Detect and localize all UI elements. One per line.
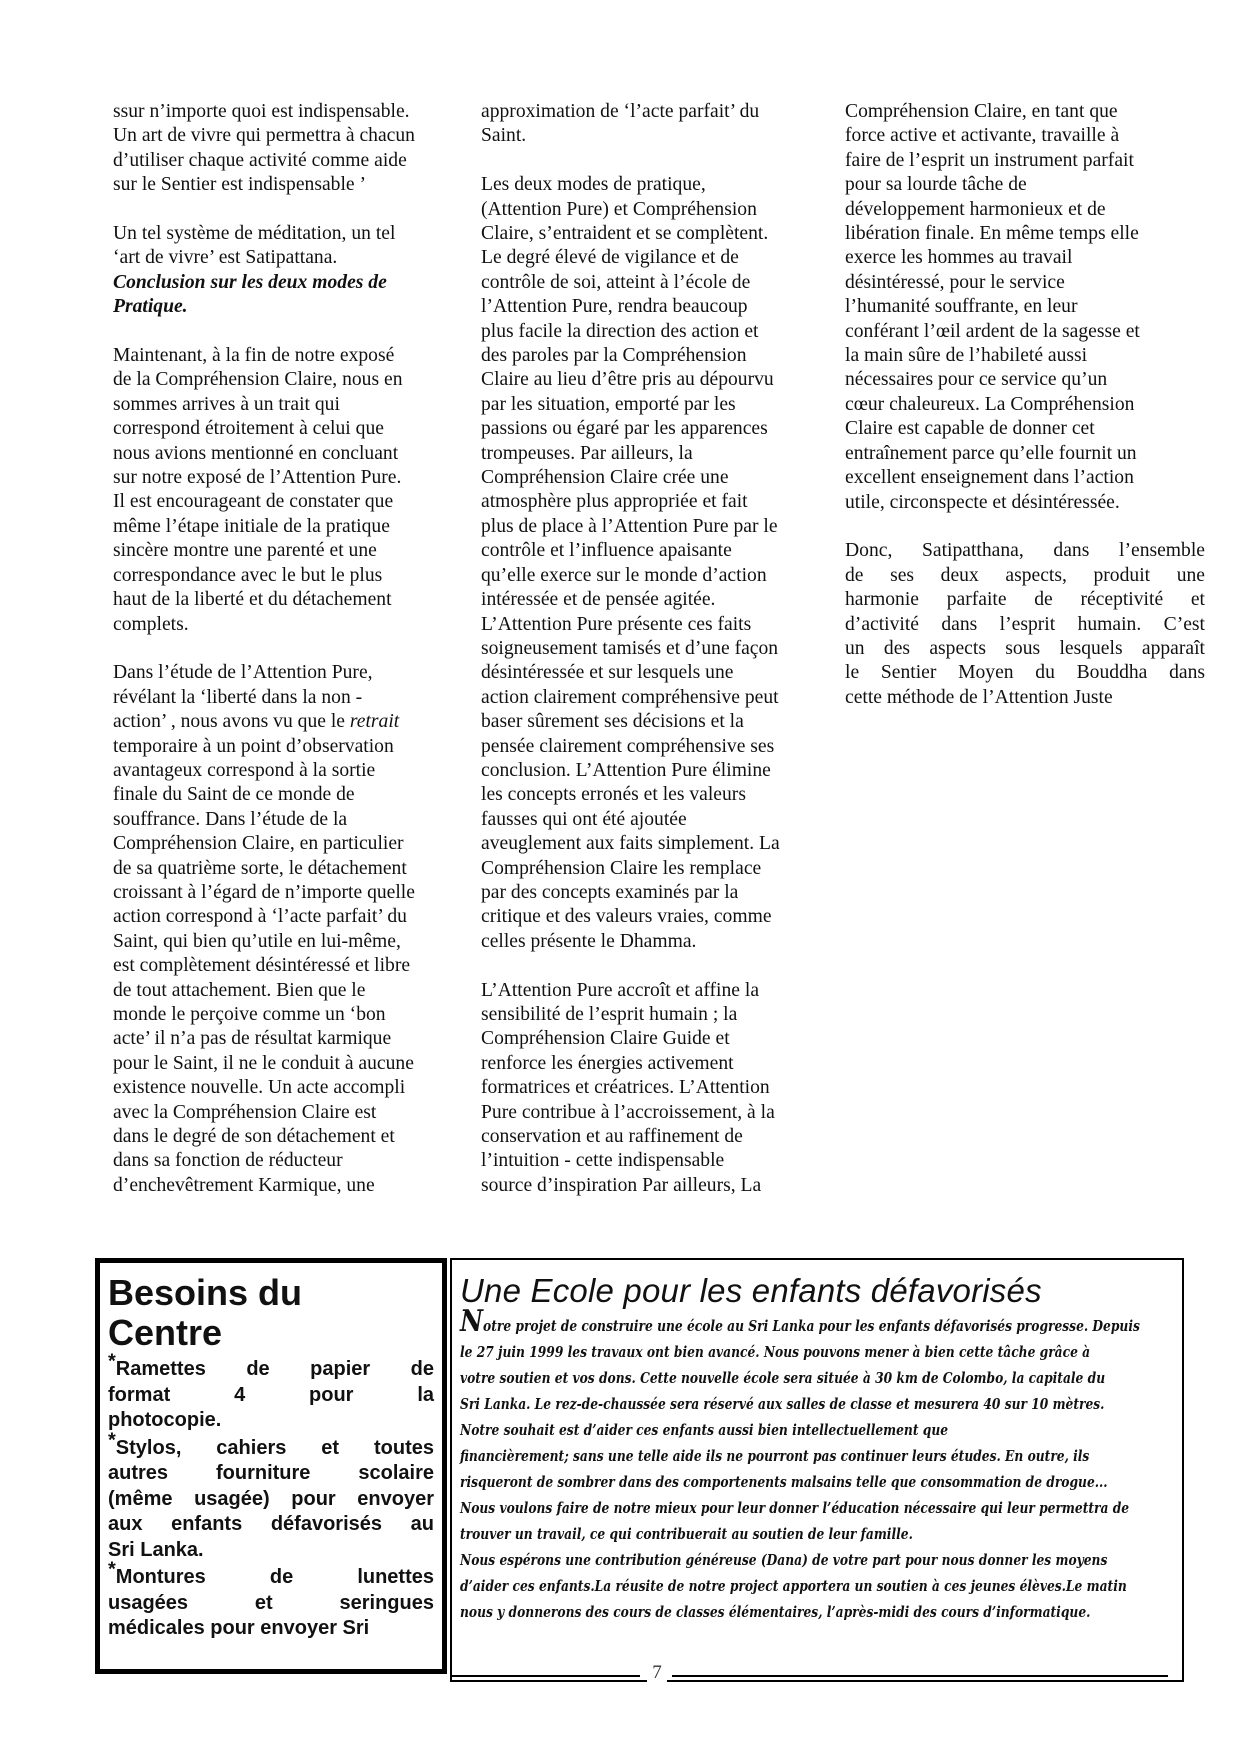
text-line: nous avions mentionné en concluant: [113, 442, 473, 466]
text-line: cette méthode de l’Attention Juste: [845, 686, 1205, 710]
text-line: source d’inspiration Par ailleurs, La: [481, 1174, 836, 1198]
text-line: sensibilité de l’esprit humain ; la: [481, 1003, 836, 1027]
text-column-3: Compréhension Claire, en tant queforce a…: [845, 100, 1205, 710]
text-line: d’activité dans l’esprit humain. C’est: [845, 613, 1205, 637]
text-line: le Sentier Moyen du Bouddha dans: [845, 661, 1205, 685]
paragraph: approximation de ‘l’acte parfait’ duSain…: [481, 100, 836, 149]
text-line: Nous espérons une contribution généreuse…: [460, 1548, 1157, 1574]
text-line: des paroles par la Compréhension: [481, 344, 836, 368]
footer-rule: [450, 1675, 1168, 1677]
text-line: un des aspects sous lesquels apparaît: [845, 637, 1205, 661]
text-line: Sri Lanka. Le rez-de-chaussée sera réser…: [460, 1392, 1157, 1418]
text-line: Donc, Satipatthana, dans l’ensemble: [845, 539, 1205, 563]
paragraph: L’Attention Pure accroît et affine lasen…: [481, 979, 836, 1199]
text-line: soigneusement tamisés et d’une façon: [481, 637, 836, 661]
text-line: conservation et au raffinement de: [481, 1125, 836, 1149]
text-line: renforce les énergies activement: [481, 1052, 836, 1076]
text-line: l’humanité souffrante, en leur: [845, 295, 1205, 319]
drop-cap: N: [460, 1304, 483, 1339]
paragraph: Les deux modes de pratique,(Attention Pu…: [481, 173, 836, 954]
text-line: qu’elle exerce sur le monde d’action: [481, 564, 836, 588]
text-line: plus facile la direction des action et: [481, 320, 836, 344]
text-line: baser sûrement ses décisions et la: [481, 710, 836, 734]
text-line: Pure contribue à l’accroissement, à la: [481, 1101, 836, 1125]
text-line: action correspond à ‘l’acte parfait’ du: [113, 905, 473, 929]
text-line: Claire, s’entraident et se complètent.: [481, 222, 836, 246]
text-line: temporaire à un point d’observation: [113, 735, 473, 759]
text-line: d’utiliser chaque activité comme aide: [113, 149, 473, 173]
text-line: dans le degré de son détachement et: [113, 1125, 473, 1149]
text-line: de tout attachement. Bien que le: [113, 979, 473, 1003]
paragraph: Maintenant, à la fin de notre exposéde l…: [113, 344, 473, 637]
text-line: Claire au lieu d’être pris au dépourvu: [481, 368, 836, 392]
text-line: Compréhension Claire Guide et: [481, 1027, 836, 1051]
text-line: désintéressé, pour le service: [845, 271, 1205, 295]
text-line: complets.: [113, 613, 473, 637]
text-line: libération finale. En même temps elle: [845, 222, 1205, 246]
text-line: passions ou égaré par les apparences: [481, 417, 836, 441]
text-column-2: approximation de ‘l’acte parfait’ duSain…: [481, 100, 836, 1198]
italic-word: retrait: [350, 711, 399, 732]
text-line: Un tel système de méditation, un tel: [113, 222, 473, 246]
text-line: monde le perçoive comme un ‘bon: [113, 1003, 473, 1027]
text-line: les concepts erronés et les valeurs: [481, 783, 836, 807]
text-line: nécessaires pour ce service qu’un: [845, 368, 1205, 392]
school-box-body: Notre projet de construire une école au …: [460, 1314, 1157, 1626]
asterisk-bullet-icon: *: [108, 1350, 116, 1372]
text-line: L’Attention Pure accroît et affine la: [481, 979, 836, 1003]
text-line: de la Compréhension Claire, nous en: [113, 368, 473, 392]
text-line: développement harmonieux et de: [845, 198, 1205, 222]
text-line: avec la Compréhension Claire est: [113, 1101, 473, 1125]
text-line: acte’ il n’a pas de résultat karmique: [113, 1027, 473, 1051]
text-line: excellent enseignement dans l’action: [845, 466, 1205, 490]
text-line: est complètement désintéressé et libre: [113, 954, 473, 978]
asterisk-bullet-icon: *: [108, 1558, 116, 1580]
paragraph: Compréhension Claire, en tant queforce a…: [845, 100, 1205, 515]
text-line: risqueront de sombrer dans des comporten…: [460, 1470, 1157, 1496]
text-line: Nous voulons faire de notre mieux pour l…: [460, 1496, 1157, 1522]
paragraph: Donc, Satipatthana, dans l’ensemblede se…: [845, 539, 1205, 710]
text-line: formatrices et créatrices. L’Attention: [481, 1076, 836, 1100]
text-line: faire de l’esprit un instrument parfait: [845, 149, 1205, 173]
text-line: celles présente le Dhamma.: [481, 930, 836, 954]
text-line: aveuglement aux faits simplement. La: [481, 832, 836, 856]
needs-box: Besoins du Centre *Ramettes de papier de…: [95, 1258, 447, 1674]
asterisk-bullet-icon: *: [108, 1429, 116, 1451]
text-line: correspond étroitement à celui que: [113, 417, 473, 441]
text-line: trompeuses. Par ailleurs, la: [481, 442, 836, 466]
text-line: avantageux correspond à la sortie: [113, 759, 473, 783]
paragraph: ssur n’importe quoi est indispensable.Un…: [113, 100, 473, 198]
text-line: atmosphère plus appropriée et fait: [481, 490, 836, 514]
text-line: sommes arrives à un trait qui: [113, 393, 473, 417]
text-line: sur notre exposé de l’Attention Pure.: [113, 466, 473, 490]
text-line: approximation de ‘l’acte parfait’ du: [481, 100, 836, 124]
school-announcement-box: Une Ecole pour les enfants défavorisés N…: [450, 1258, 1184, 1682]
page-number: 7: [647, 1662, 667, 1684]
text-line: pensée clairement compréhensive ses: [481, 735, 836, 759]
text-line: Compréhension Claire, en particulier: [113, 832, 473, 856]
text-line: Les deux modes de pratique,: [481, 173, 836, 197]
text-line: Saint, qui bien qu’utile en lui-même,: [113, 930, 473, 954]
needs-item: *Stylos, cahiers et toutesautres fournit…: [108, 1436, 434, 1564]
paragraph: Un tel système de méditation, un tel‘art…: [113, 222, 473, 271]
text-line: correspondance avec le but le plus: [113, 564, 473, 588]
text-line: Compréhension Claire, en tant que: [845, 100, 1205, 124]
needs-list: *Ramettes de papier deformat 4 pour laph…: [108, 1357, 434, 1642]
text-line: par les situation, emporté par les: [481, 393, 836, 417]
text-line: votre soutien et vos dons. Cette nouvell…: [460, 1366, 1157, 1392]
text-line: le 27 juin 1999 les travaux ont bien ava…: [460, 1340, 1157, 1366]
paragraph: Dans l’étude de l’Attention Pure,révélan…: [113, 661, 473, 1198]
text-line: dans sa fonction de réducteur: [113, 1149, 473, 1173]
text-line: Maintenant, à la fin de notre exposé: [113, 344, 473, 368]
school-box-title: Une Ecole pour les enfants défavorisés: [460, 1270, 1174, 1312]
text-line: action clairement compréhensive peut: [481, 686, 836, 710]
text-line: Compréhension Claire les remplace: [481, 857, 836, 881]
section-heading: Conclusion sur les deux modes dePratique…: [113, 271, 473, 320]
text-column-1: ssur n’importe quoi est indispensable.Un…: [113, 100, 473, 1198]
text-line: Compréhension Claire crée une: [481, 466, 836, 490]
text-line: de ses deux aspects, produit une: [845, 564, 1205, 588]
text-line: révélant la ‘liberté dans la non -: [113, 686, 473, 710]
text-line: ‘art de vivre’ est Satipattana.: [113, 246, 473, 270]
text-line: haut de la liberté et du détachement: [113, 588, 473, 612]
text-line: souffrance. Dans l’étude de la: [113, 808, 473, 832]
text-line: l’intuition - cette indispensable: [481, 1149, 836, 1173]
needs-item: *Ramettes de papier deformat 4 pour laph…: [108, 1357, 434, 1434]
text-line: exerce les hommes au travail: [845, 246, 1205, 270]
text-line: finale du Saint de ce monde de: [113, 783, 473, 807]
text-line: Notre projet de construire une école au …: [460, 1314, 1157, 1340]
text-line: Conclusion sur les deux modes de: [113, 271, 473, 295]
needs-box-title: Besoins du Centre: [108, 1273, 434, 1353]
text-line: utile, circonspecte et désintéressée.: [845, 491, 1205, 515]
needs-item: *Montures de lunettesusagées et seringue…: [108, 1565, 434, 1642]
text-line: intéressée et de pensée agitée.: [481, 588, 836, 612]
text-line: la main sûre de l’habileté aussi: [845, 344, 1205, 368]
text-line: même l’étape initiale de la pratique: [113, 515, 473, 539]
text-line: contrôle et l’influence apaisante: [481, 539, 836, 563]
text-line: l’Attention Pure, rendra beaucoup: [481, 295, 836, 319]
text-line: Pratique.: [113, 295, 473, 319]
text-line: harmonie parfaite de réceptivité et: [845, 588, 1205, 612]
text-line: plus de place à l’Attention Pure par le: [481, 515, 836, 539]
text-line: de sa quatrième sorte, le détachement: [113, 857, 473, 881]
text-line: L’Attention Pure présente ces faits: [481, 613, 836, 637]
text-line: Dans l’étude de l’Attention Pure,: [113, 661, 473, 685]
text-line: Le degré élevé de vigilance et de: [481, 246, 836, 270]
text-line: désintéressée et sur lesquels une: [481, 661, 836, 685]
text-line: existence nouvelle. Un acte accompli: [113, 1076, 473, 1100]
text-line: d’enchevêtrement Karmique, une: [113, 1174, 473, 1198]
text-line: entraînement parce qu’elle fournit un: [845, 442, 1205, 466]
text-line: fausses qui ont été ajoutée: [481, 808, 836, 832]
text-line: force active et activante, travaille à: [845, 124, 1205, 148]
text-line: pour le Saint, il ne le conduit à aucune: [113, 1052, 473, 1076]
text-line: cœur chaleureux. La Compréhension: [845, 393, 1205, 417]
text-line: Un art de vivre qui permettra à chacun: [113, 124, 473, 148]
text-line: par des concepts examinés par la: [481, 881, 836, 905]
text-line: contrôle de soi, atteint à l’école de: [481, 271, 836, 295]
text-line: sincère montre une parenté et une: [113, 539, 473, 563]
text-line: pour sa lourde tâche de: [845, 173, 1205, 197]
text-line: ssur n’importe quoi est indispensable.: [113, 100, 473, 124]
text-line: Claire est capable de donner cet: [845, 417, 1205, 441]
text-line: d’aider ces enfants.La réusite de notre …: [460, 1574, 1157, 1600]
text-line: (Attention Pure) et Compréhension: [481, 198, 836, 222]
text-line: financièrement; sans une telle aide ils …: [460, 1444, 1157, 1470]
text-line: conclusion. L’Attention Pure élimine: [481, 759, 836, 783]
text-line: conférant l’œil ardent de la sagesse et: [845, 320, 1205, 344]
text-line: trouver un travail, ce qui contribuerait…: [460, 1522, 1157, 1548]
text-line: critique et des valeurs vraies, comme: [481, 905, 836, 929]
text-line: croissant à l’égard de n’importe quelle: [113, 881, 473, 905]
text-line: Il est encourageant de constater que: [113, 490, 473, 514]
text-line: Notre souhait est d’aider ces enfants au…: [460, 1418, 1157, 1444]
text-line: nous y donnerons des cours de classes él…: [460, 1600, 1157, 1626]
text-line: sur le Sentier est indispensable ’: [113, 173, 473, 197]
text-line: Saint.: [481, 124, 836, 148]
